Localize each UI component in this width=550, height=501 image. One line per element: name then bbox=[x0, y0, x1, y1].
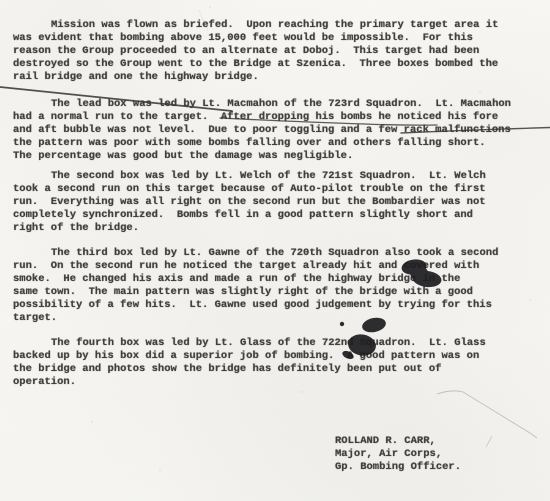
text-line: The second box was led by Lt. Welch of t… bbox=[13, 170, 486, 183]
text-line: reason the Group proceeded to an alterna… bbox=[13, 45, 498, 58]
paragraph-second-box: The second box was led by Lt. Welch of t… bbox=[13, 170, 486, 235]
scratch-mark-near-signature bbox=[486, 436, 492, 447]
signature-name: ROLLAND R. CARR, bbox=[335, 435, 461, 448]
text-line: rail bridge and one the highway bridge. bbox=[13, 71, 498, 84]
text-line: had a normal run to the target. After dr… bbox=[13, 111, 511, 124]
signature-title: Gp. Bombing Officer. bbox=[335, 461, 461, 474]
scratch-mark-bottom-right bbox=[437, 391, 537, 438]
text-line: The third box led by Lt. Gawne of the 72… bbox=[13, 247, 498, 260]
signature-block: ROLLAND R. CARR, Major, Air Corps, Gp. B… bbox=[335, 435, 461, 474]
text-line: target. bbox=[13, 312, 498, 325]
text-line: same town. The main pattern was slightly… bbox=[13, 286, 498, 299]
text-line: The percentage was good but the damage w… bbox=[13, 150, 511, 163]
text-line: was evident that bombing above 15,000 fe… bbox=[13, 32, 498, 45]
text-line: Mission was flown as briefed. Upon reach… bbox=[13, 19, 498, 32]
text-line: destroyed so the Group went to the Bridg… bbox=[13, 58, 498, 71]
text-line: operation. bbox=[13, 376, 486, 389]
text-line: right of the bridge. bbox=[13, 222, 486, 235]
text-line: the bridge and photos show the bridge ha… bbox=[13, 363, 486, 376]
signature-rank: Major, Air Corps, bbox=[335, 448, 461, 461]
text-line: The fourth box was led by Lt. Glass of t… bbox=[13, 337, 486, 350]
text-line: run. On the second run he noticed the ta… bbox=[13, 260, 498, 273]
scanned-document-page: Mission was flown as briefed. Upon reach… bbox=[0, 0, 550, 501]
text-line: and aft bubble was not level. Due to poo… bbox=[13, 124, 511, 137]
text-line: took a second run on this target because… bbox=[13, 183, 486, 196]
paragraph-third-box: The third box led by Lt. Gawne of the 72… bbox=[13, 247, 498, 325]
paragraph-lead-box: The lead box was led by Lt. Macmahon of … bbox=[13, 98, 511, 163]
text-line: The lead box was led by Lt. Macmahon of … bbox=[13, 98, 511, 111]
text-line: run. Everything was all right on the sec… bbox=[13, 196, 486, 209]
text-line: possibility of a few hits. Lt. Gawne use… bbox=[13, 299, 498, 312]
text-line: the pattern was poor with some bombs fal… bbox=[13, 137, 511, 150]
text-line: smoke. He changed his axis and made a ru… bbox=[13, 273, 498, 286]
paragraph-mission-summary: Mission was flown as briefed. Upon reach… bbox=[13, 19, 498, 84]
paragraph-fourth-box: The fourth box was led by Lt. Glass of t… bbox=[13, 337, 486, 389]
text-line: backed up by his box did a superior job … bbox=[13, 350, 486, 363]
text-line: completely synchronized. Bombs fell in a… bbox=[13, 209, 486, 222]
